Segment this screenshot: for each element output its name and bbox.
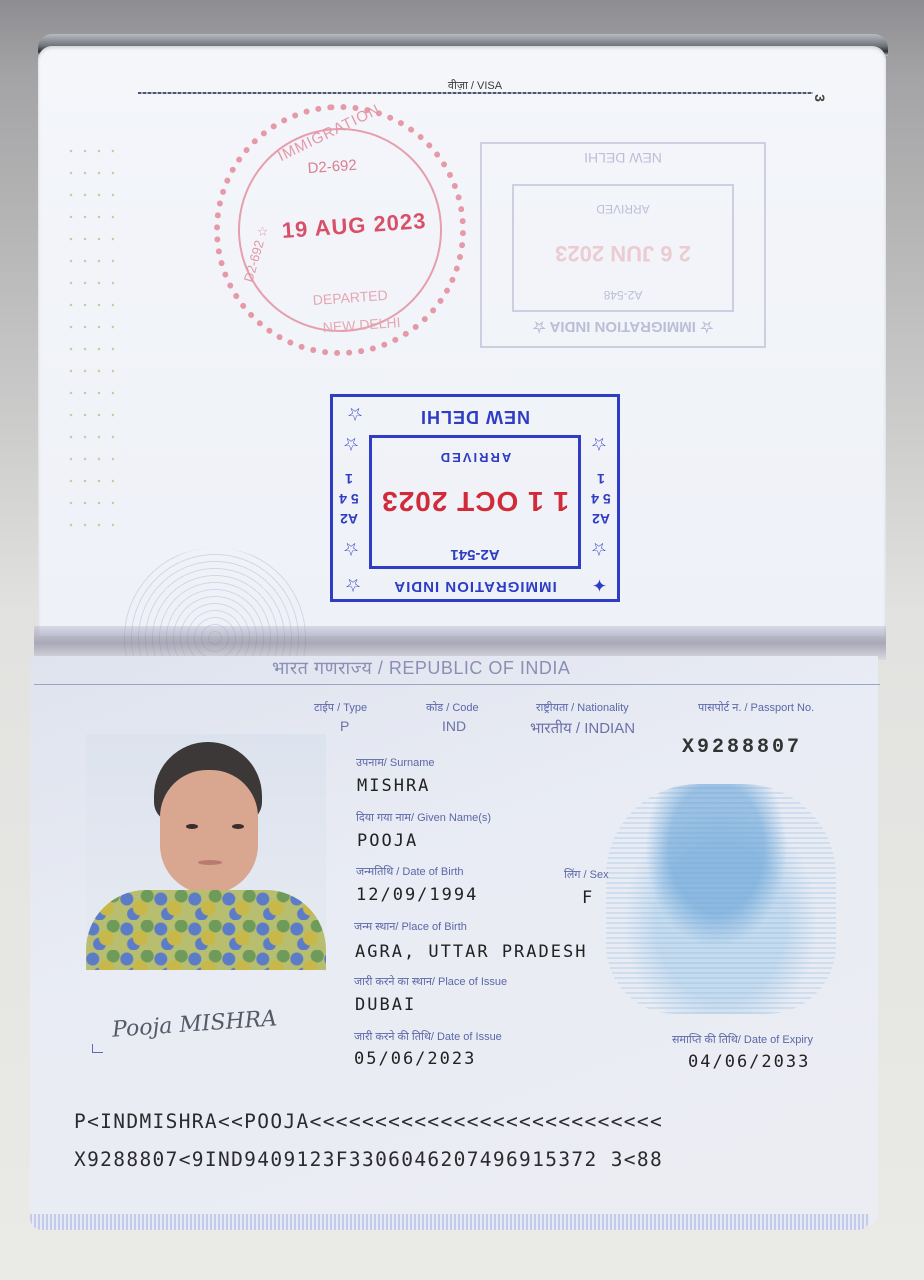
star-icon: ☆ bbox=[343, 538, 359, 559]
page-number: 3 bbox=[812, 94, 828, 102]
surname-value: MISHRA bbox=[357, 776, 430, 796]
stamp-code: A2-541 bbox=[333, 546, 617, 563]
stamp-footer: IMMIGRATION INDIA bbox=[333, 578, 617, 595]
code-label: कोड / Code bbox=[426, 700, 479, 715]
type-label: टाईप / Type bbox=[314, 700, 367, 715]
mrz-line-1: P<INDMISHRA<<POOJA<<<<<<<<<<<<<<<<<<<<<<… bbox=[74, 1110, 663, 1133]
given-names-value: POOJA bbox=[357, 831, 418, 851]
mrz-line-2: X9288807<9IND9409123F3306046207496915372… bbox=[74, 1148, 663, 1171]
star-icon: ☆ bbox=[343, 433, 359, 454]
dob-label: जन्मतिथि / Date of Birth bbox=[356, 864, 464, 879]
ghost-image bbox=[606, 784, 836, 1014]
dob-value: 12/09/1994 bbox=[356, 885, 478, 905]
date-of-issue-value: 05/06/2023 bbox=[354, 1049, 476, 1069]
date-of-expiry-label: समाप्ति की तिथि/ Date of Expiry bbox=[672, 1032, 813, 1047]
visa-header-rule bbox=[138, 92, 813, 94]
stamp-side-left: A2 5 4 1 bbox=[591, 469, 611, 529]
stamp-side-right: A2 5 4 1 bbox=[339, 469, 359, 529]
place-of-birth-value: AGRA, UTTAR PRADESH bbox=[355, 942, 587, 962]
date-of-issue-label: जारी करने की तिथि/ Date of Issue bbox=[354, 1029, 502, 1044]
sex-label: लिंग / Sex bbox=[564, 867, 609, 882]
stamp-code: A2-548 bbox=[482, 288, 764, 302]
nationality-value: भारतीय / INDIAN bbox=[530, 718, 635, 738]
faded-arrival-stamp: ☆ IMMIGRATION INDIA ☆ A2-548 2 6 JUN 202… bbox=[480, 142, 766, 348]
surname-label: उपनाम/ Surname bbox=[356, 755, 435, 770]
stamp-footer: ☆ IMMIGRATION INDIA ☆ bbox=[482, 318, 764, 336]
stamp-status: ARRIVED bbox=[333, 450, 617, 465]
stamp-place: NEW DELHI bbox=[482, 150, 764, 166]
stamp-date: 2 6 JUN 2023 bbox=[482, 240, 764, 266]
stamp-date: 1 1 OCT 2023 bbox=[333, 485, 617, 517]
star-icon: ☆ bbox=[347, 403, 363, 424]
header-rule bbox=[34, 684, 880, 685]
code-value: IND bbox=[442, 718, 466, 734]
passport-no-value: X9288807 bbox=[682, 736, 802, 759]
republic-header: भारत गणराज्य / REPUBLIC OF INDIA bbox=[272, 656, 570, 680]
nationality-label: राष्ट्रीयता / Nationality bbox=[536, 700, 629, 715]
given-names-label: दिया गया नाम/ Given Name(s) bbox=[356, 810, 491, 825]
perforation-dots bbox=[64, 140, 114, 530]
stamp-status: ARRIVED bbox=[482, 202, 764, 216]
star-icon: ☆ bbox=[345, 574, 361, 595]
place-of-issue-label: जारी करने का स्थान/ Place of Issue bbox=[354, 974, 507, 989]
stamp-code: D2-692 bbox=[307, 157, 357, 177]
place-of-birth-label: जन्म स्थान/ Place of Birth bbox=[354, 919, 467, 934]
signature-mark bbox=[92, 1044, 103, 1053]
type-value: P bbox=[340, 718, 349, 734]
star-icon: ☆ bbox=[591, 433, 607, 454]
page-fold bbox=[34, 626, 886, 660]
date-of-expiry-value: 04/06/2033 bbox=[688, 1052, 810, 1072]
holder-photo bbox=[86, 734, 326, 970]
arrival-stamp: IMMIGRATION INDIA A2-541 1 1 OCT 2023 AR… bbox=[330, 394, 620, 602]
star-icon: ☆ bbox=[591, 538, 607, 559]
visa-page-header: वीज़ा / VISA bbox=[140, 78, 810, 93]
sex-value: F bbox=[582, 888, 594, 908]
passport-no-label: पासपोर्ट न. / Passport No. bbox=[698, 700, 814, 715]
place-of-issue-value: DUBAI bbox=[355, 995, 416, 1015]
stamp-place: NEW DELHI bbox=[333, 406, 617, 427]
star-icon: ✦ bbox=[592, 574, 607, 595]
page-bottom-edge bbox=[30, 1214, 870, 1230]
